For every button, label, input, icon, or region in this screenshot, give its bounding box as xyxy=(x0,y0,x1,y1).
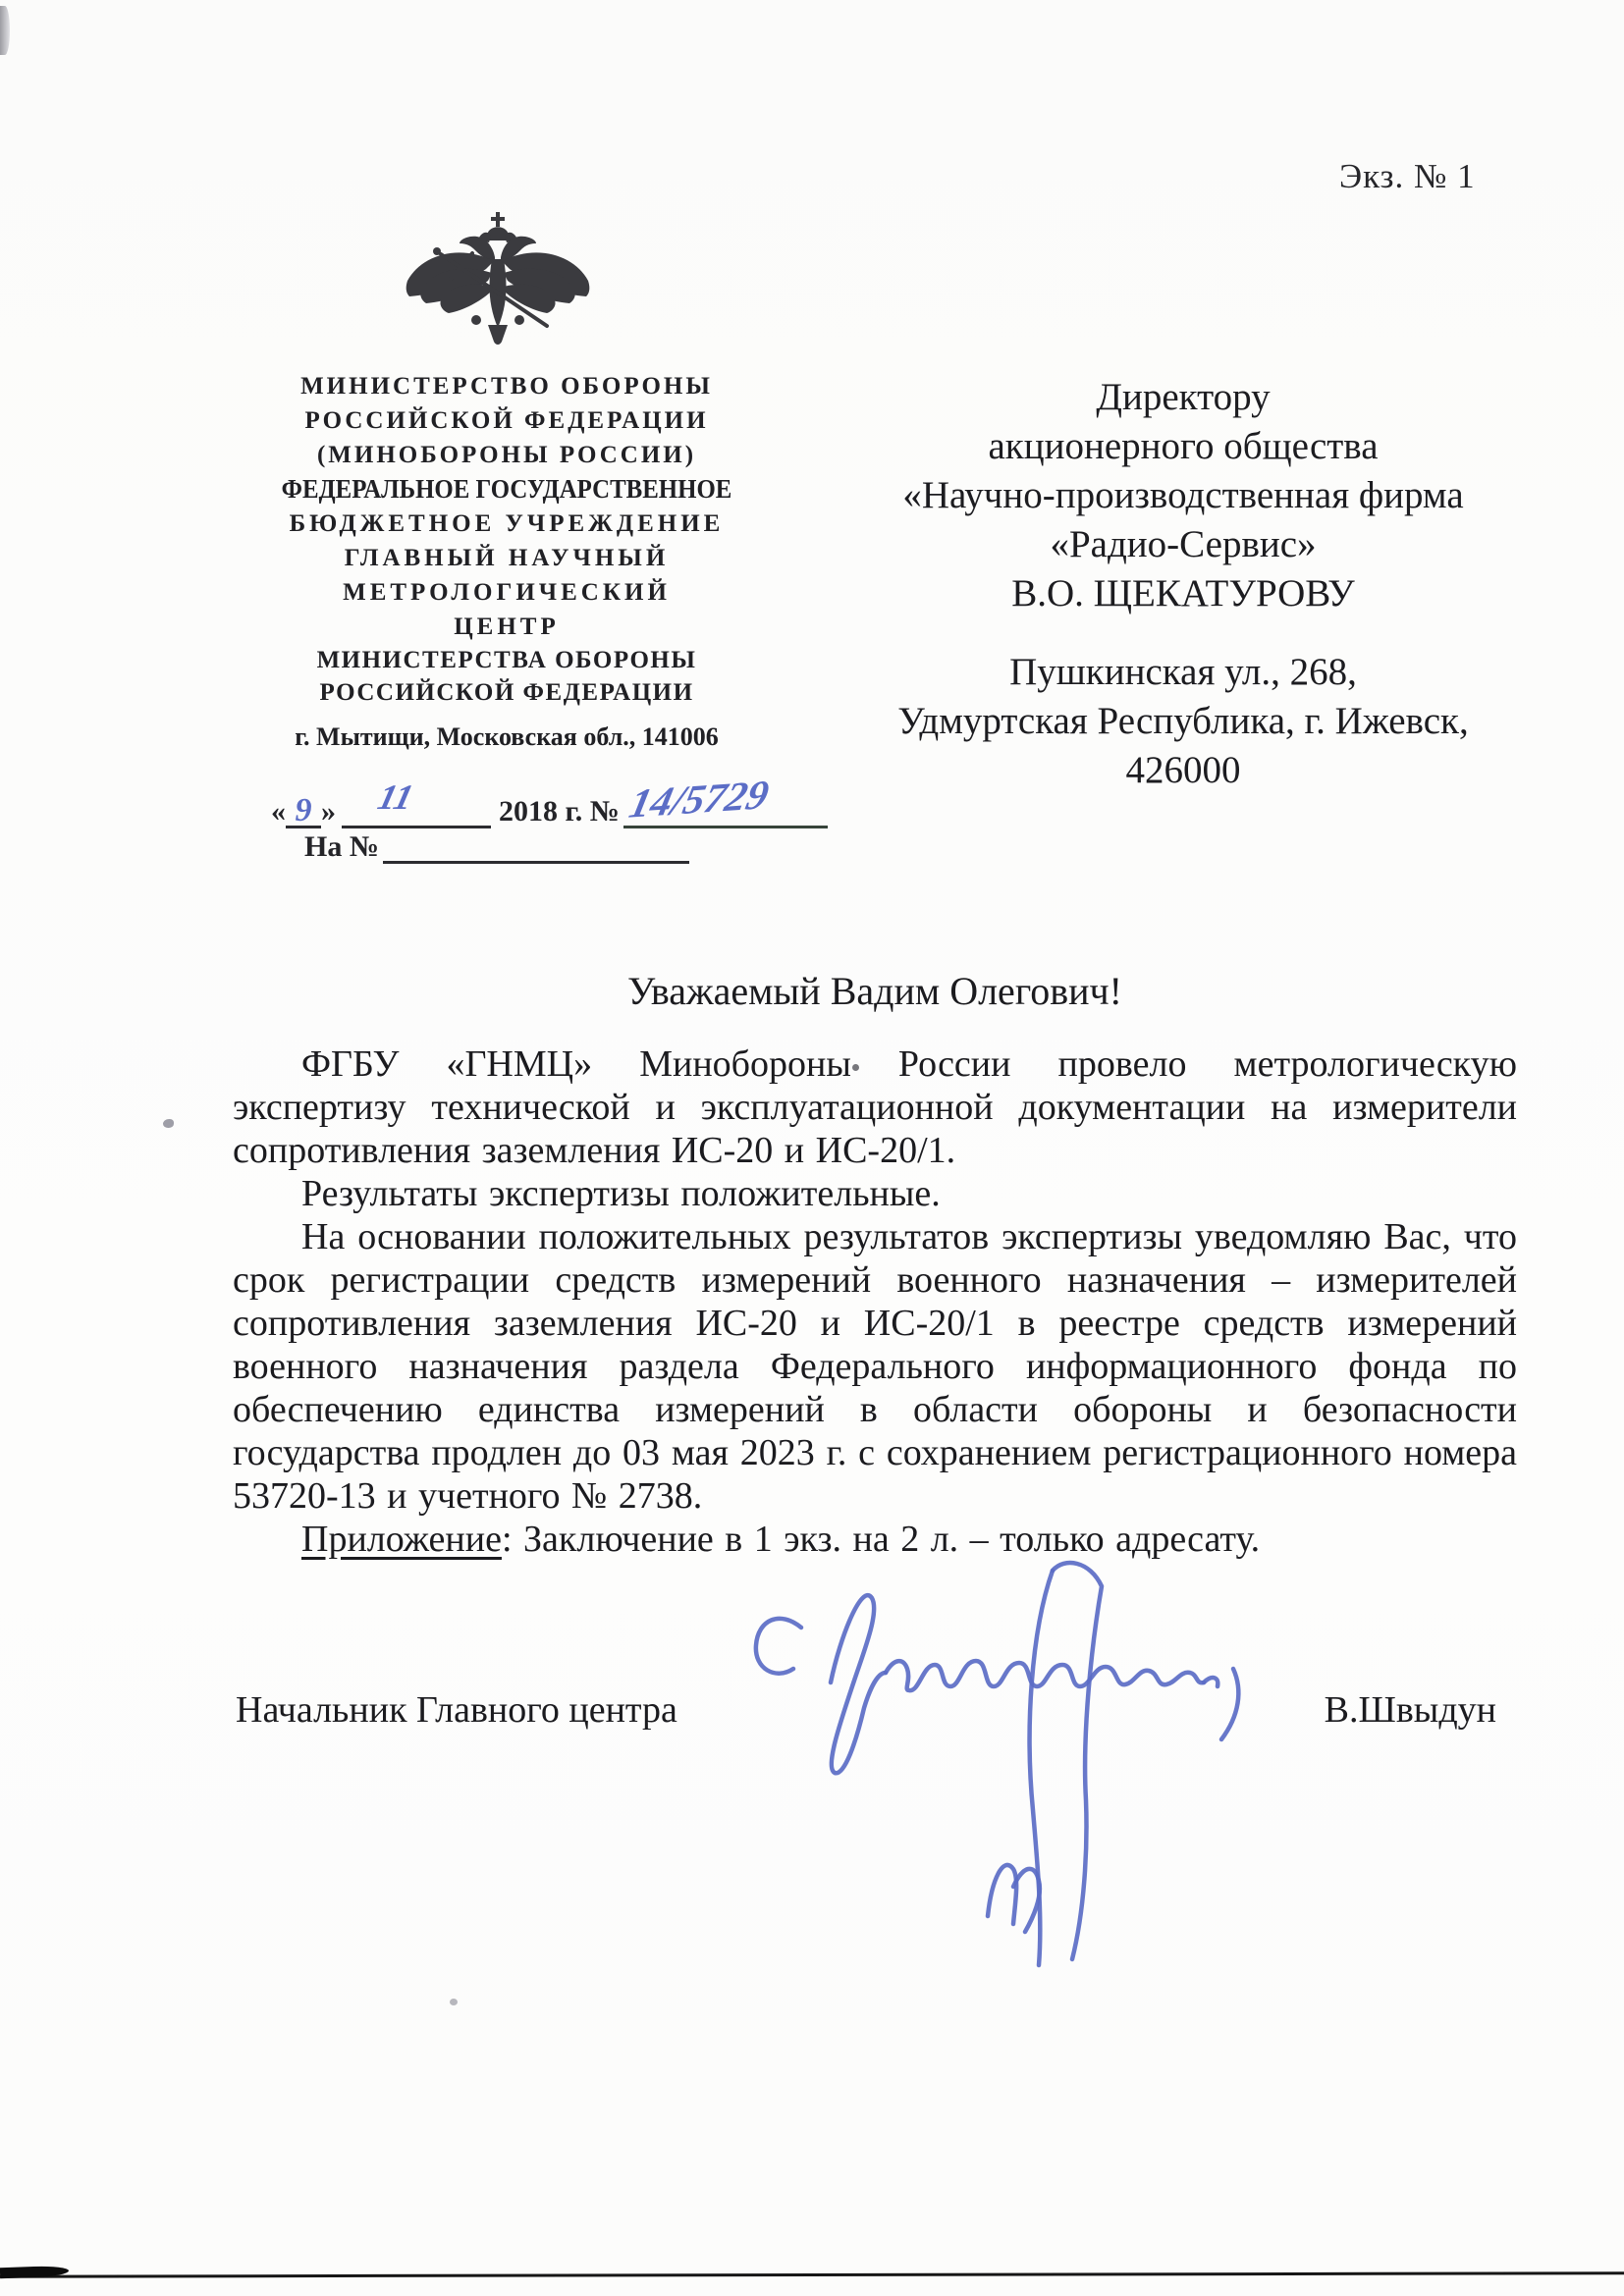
incoming-reference-line: На № xyxy=(304,830,689,864)
handwritten-signature xyxy=(677,1553,1286,2103)
addressee-line: «Научно-производственная фирма xyxy=(864,471,1502,520)
letterhead-line: МИНИСТЕРСТВА ОБОРОНЫ xyxy=(244,644,770,676)
scanned-letter-page: Экз. № 1 xyxy=(0,0,1624,2296)
scanner-edge-line xyxy=(0,2271,1624,2277)
signer-name: В.Швыдун xyxy=(1325,1688,1504,1732)
addressee-line: акционерного общества xyxy=(864,422,1502,471)
letterhead-line: РОССИЙСКОЙ ФЕДЕРАЦИИ xyxy=(244,676,770,709)
scan-speck xyxy=(852,1064,859,1071)
letterhead-line: ФЕДЕРАЛЬНОЕ ГОСУДАРСТВЕННОЕ xyxy=(264,472,748,507)
reference-blank-line xyxy=(383,830,689,864)
letter-body: ФГБУ «ГНМЦ» Минобороны России провело ме… xyxy=(233,1042,1517,1561)
year-number-label: 2018 г. № xyxy=(499,795,620,828)
attachment-label: Приложение xyxy=(301,1519,502,1560)
letterhead-city-line: г. Мытищи, Московская обл., 141006 xyxy=(244,722,770,752)
scan-corner-smudge xyxy=(0,6,10,55)
handwritten-outgoing-number: 14/5729 xyxy=(624,772,772,828)
month-blank-line: 11 xyxy=(342,789,491,828)
letterhead-line: (МИНОБОРОНЫ РОССИИ) xyxy=(244,438,770,472)
sender-letterhead: МИНИСТЕРСТВО ОБОРОНЫ РОССИЙСКОЙ ФЕДЕРАЦИ… xyxy=(244,369,770,752)
addressee-address-line: Пушкинская ул., 268, xyxy=(864,648,1502,697)
handwritten-day: 9 xyxy=(286,796,321,828)
addressee-line: Директору xyxy=(864,373,1502,422)
open-guillemet: « xyxy=(271,795,286,828)
scan-speck xyxy=(163,1119,174,1128)
body-paragraph: Результаты экспертизы положительные. xyxy=(233,1172,1517,1215)
mod-double-headed-eagle-icon xyxy=(399,210,597,347)
outgoing-number-line: 14/5729 xyxy=(623,777,828,828)
salutation: Уважаемый Вадим Олегович! xyxy=(233,968,1517,1014)
addressee-spacer xyxy=(864,618,1502,648)
body-paragraph: ФГБУ «ГНМЦ» Минобороны России провело ме… xyxy=(233,1042,1517,1172)
letterhead-line: МИНИСТЕРСТВО ОБОРОНЫ xyxy=(244,369,770,403)
addressee-name: В.О. ЩЕКАТУРОВУ xyxy=(864,569,1502,618)
copy-number-label: Экз. № 1 xyxy=(1339,157,1476,196)
scan-speck xyxy=(450,1999,458,2005)
handwritten-month: 11 xyxy=(374,776,417,818)
addressee-postal-code: 426000 xyxy=(864,746,1502,795)
body-paragraph: На основании положительных результатов э… xyxy=(233,1215,1517,1518)
addressee-line: «Радио-Сервис» xyxy=(864,520,1502,569)
outgoing-date-line: « 9 » 11 2018 г. № 14/5729 xyxy=(271,777,828,828)
letterhead-line: ЦЕНТР xyxy=(244,610,770,644)
letterhead-line: РОССИЙСКОЙ ФЕДЕРАЦИИ xyxy=(244,403,770,438)
letterhead-line: МЕТРОЛОГИЧЕСКИЙ xyxy=(244,575,770,610)
letterhead-line: ГЛАВНЫЙ НАУЧНЫЙ xyxy=(244,541,770,575)
letterhead-line: БЮДЖЕТНОЕ УЧРЕЖДЕНИЕ xyxy=(244,507,770,541)
signer-position-title: Начальник Главного центра xyxy=(236,1688,677,1732)
addressee-block: Директору акционерного общества «Научно-… xyxy=(864,373,1502,795)
addressee-address-line: Удмуртская Республика, г. Ижевск, xyxy=(864,697,1502,746)
close-guillemet: » xyxy=(321,795,336,828)
reference-label: На № xyxy=(304,830,379,864)
